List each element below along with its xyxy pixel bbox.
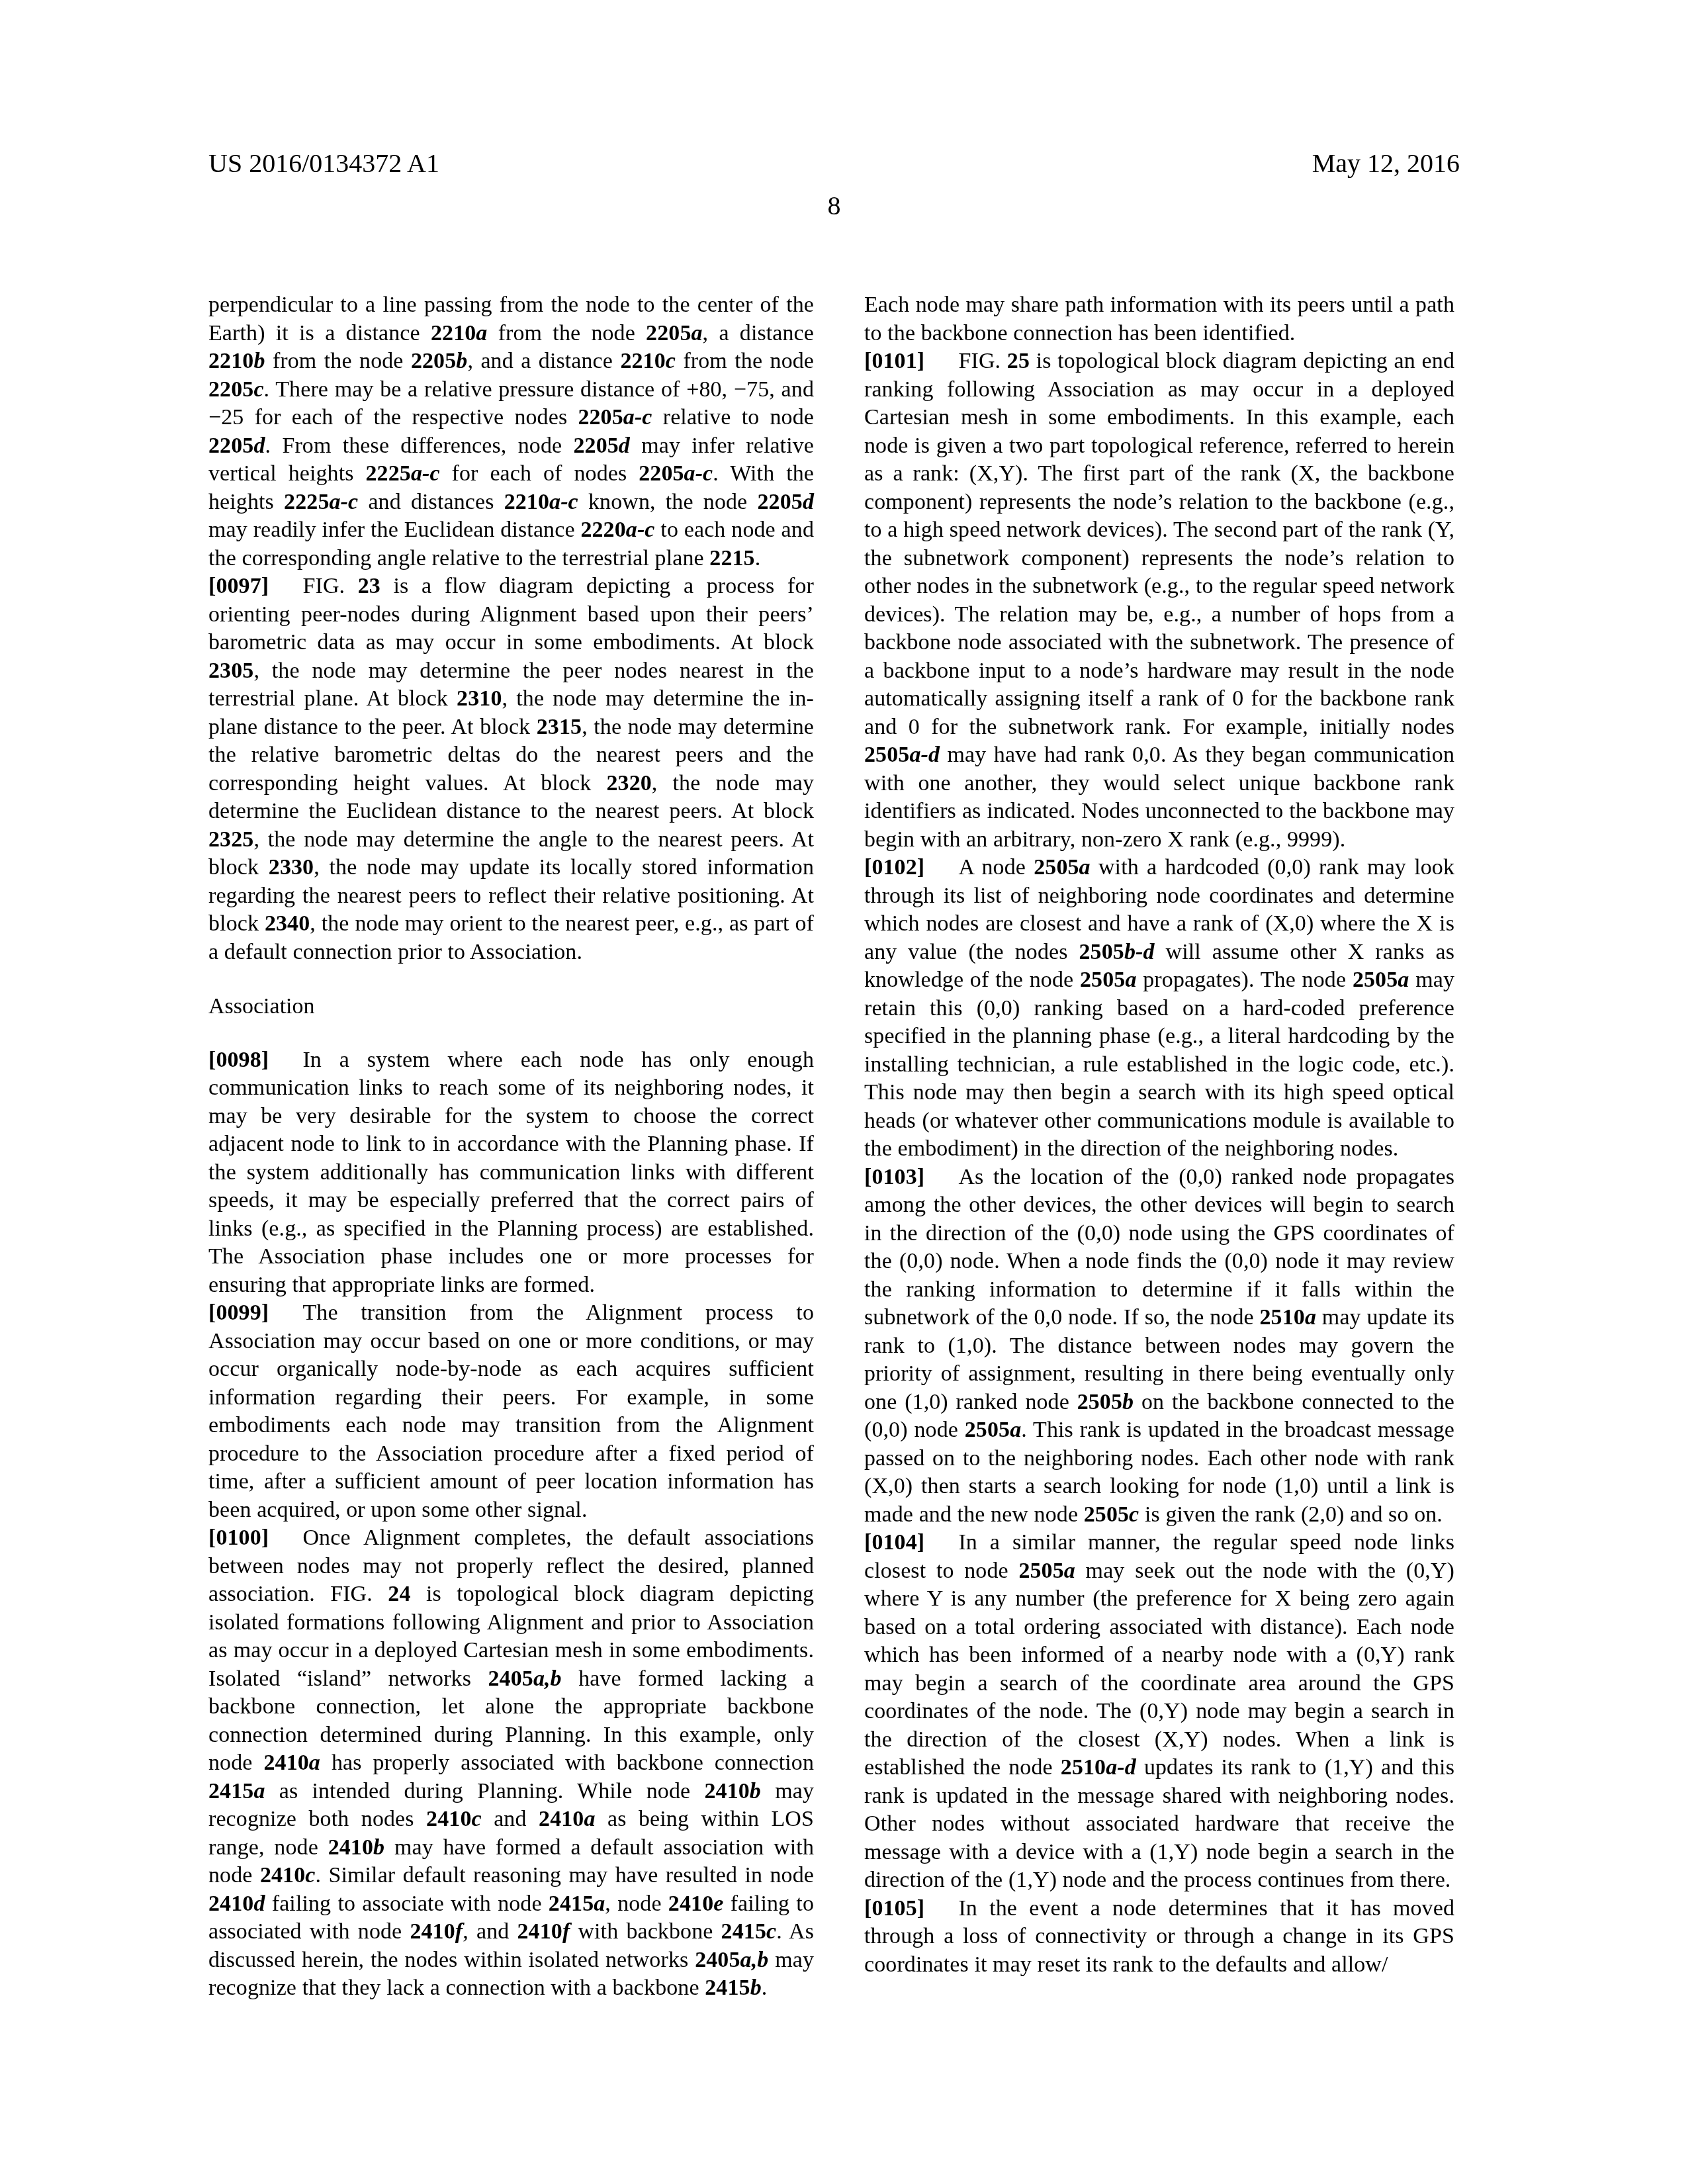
paragraph: [0101] FIG. 25 is topological block diag… bbox=[864, 347, 1454, 854]
paragraph: [0102] A node 2505a with a hardcoded (0,… bbox=[864, 854, 1454, 1163]
paragraph: Each node may share path information wit… bbox=[864, 291, 1454, 347]
paragraph: [0097] FIG. 23 is a flow diagram depicti… bbox=[208, 572, 814, 966]
page-header: US 2016/0134372 A1 May 12, 2016 bbox=[208, 148, 1460, 179]
paragraph: [0099] The transition from the Alignment… bbox=[208, 1299, 814, 1524]
patent-page: US 2016/0134372 A1 May 12, 2016 8 perpen… bbox=[0, 0, 1694, 2184]
paragraph: perpendicular to a line passing from the… bbox=[208, 291, 814, 572]
paragraph: [0105] In the event a node determines th… bbox=[864, 1895, 1454, 1979]
section-heading: Association bbox=[208, 993, 814, 1021]
right-column: Each node may share path information wit… bbox=[864, 291, 1454, 2003]
left-column: perpendicular to a line passing from the… bbox=[208, 291, 814, 2003]
paragraph: [0100] Once Alignment completes, the def… bbox=[208, 1524, 814, 2003]
patent-number: US 2016/0134372 A1 bbox=[208, 148, 439, 179]
publication-date: May 12, 2016 bbox=[1312, 148, 1460, 179]
text-columns: perpendicular to a line passing from the… bbox=[208, 291, 1454, 2003]
page-number: 8 bbox=[208, 191, 1460, 221]
paragraph: [0103] As the location of the (0,0) rank… bbox=[864, 1163, 1454, 1529]
paragraph: [0104] In a similar manner, the regular … bbox=[864, 1529, 1454, 1895]
paragraph: [0098] In a system where each node has o… bbox=[208, 1046, 814, 1300]
